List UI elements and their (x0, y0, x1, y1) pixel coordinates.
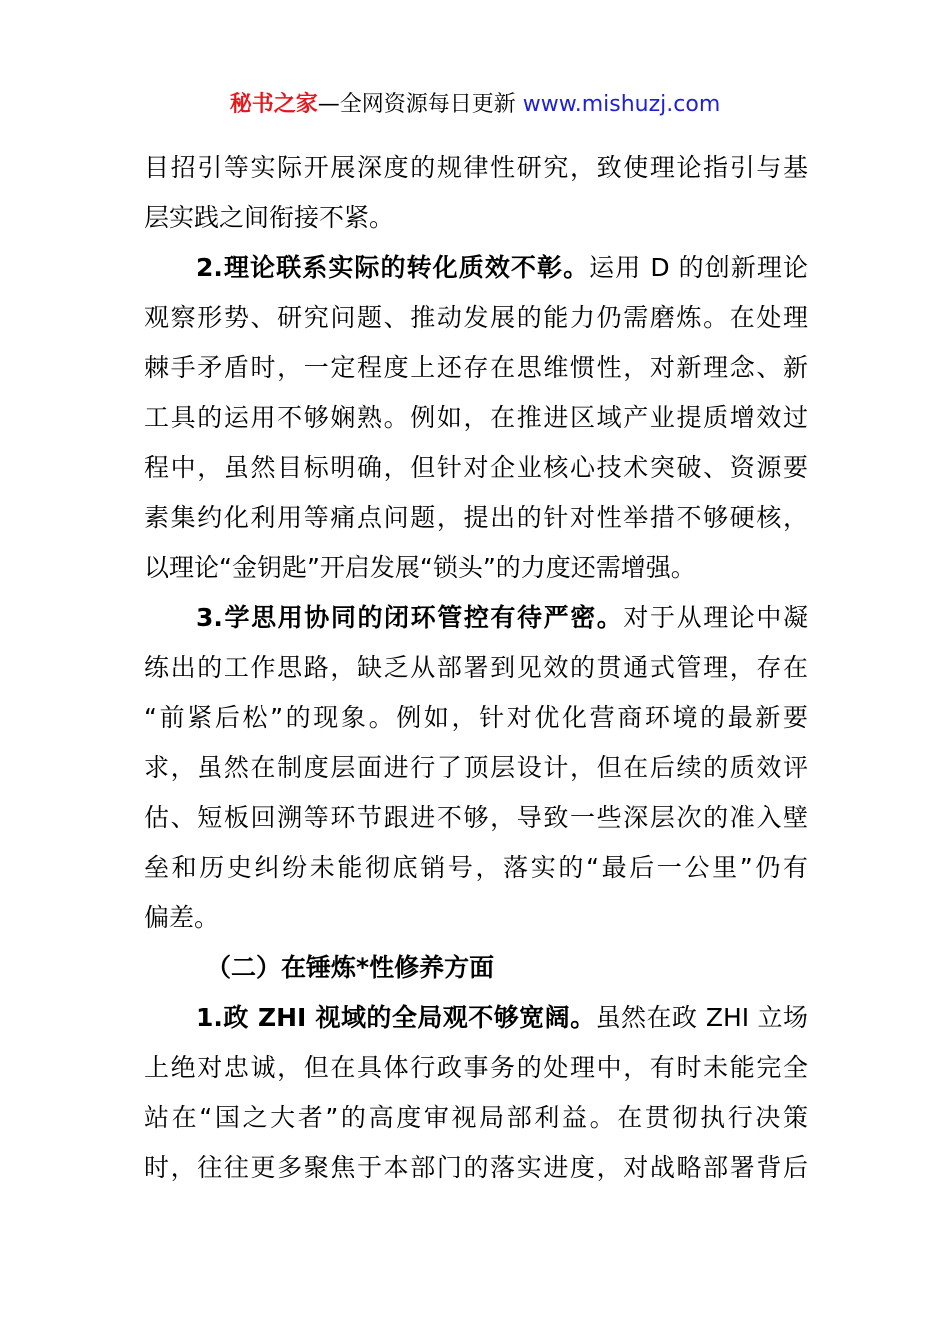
item-heading-line: 1.政 ZHI 视域的全局观不够宽阔。虽然在政 ZHI 立场 (144, 993, 808, 1043)
paragraph-line: 求，虽然在制度层面进行了顶层设计，但在后续的质效评 (144, 743, 808, 793)
paragraph-line: 垒和历史纠纷未能彻底销号，落实的“最后一公里”仍有 (144, 843, 808, 893)
paragraph-line: 观察形势、研究问题、推动发展的能力仍需磨炼。在处理 (144, 293, 808, 343)
item-heading: 2.理论联系实际的转化质效不彰。 (196, 253, 589, 282)
paragraph-line: 估、短板回溯等环节跟进不够，导致一些深层次的准入壁 (144, 793, 808, 843)
paragraph-line: 偏差。 (144, 893, 808, 943)
header-tagline: —全网资源每日更新 (318, 92, 523, 117)
item-heading: 1.政 ZHI 视域的全局观不够宽阔。 (196, 1003, 596, 1032)
paragraph-line: 上绝对忠诚，但在具体行政事务的处理中，有时未能完全 (144, 1043, 808, 1093)
paragraph-line: “前紧后松”的现象。例如，针对优化营商环境的最新要 (144, 693, 808, 743)
paragraph-line: 练出的工作思路，缺乏从部署到见效的贯通式管理，存在 (144, 643, 808, 693)
paragraph-line: 层实践之间衔接不紧。 (144, 193, 808, 243)
site-header: 秘书之家—全网资源每日更新 www.mishuzj.com (0, 88, 950, 122)
section-heading: （二）在锤炼*性修养方面 (206, 953, 494, 982)
paragraph-line: 时，往往更多聚焦于本部门的落实进度，对战略部署背后 (144, 1143, 808, 1193)
paragraph-line: 工具的运用不够娴熟。例如，在推进区域产业提质增效过 (144, 393, 808, 443)
site-url-link[interactable]: www.mishuzj.com (523, 92, 720, 117)
document-body: 目招引等实际开展深度的规律性研究，致使理论指引与基 层实践之间衔接不紧。 2.理… (144, 143, 808, 1193)
paragraph-line: 站在“国之大者”的高度审视局部利益。在贯彻执行决策 (144, 1093, 808, 1143)
paragraph-line: 以理论“金钥匙”开启发展“锁头”的力度还需增强。 (144, 543, 808, 593)
item-heading-line: 3.学思用协同的闭环管控有待严密。对于从理论中凝 (144, 593, 808, 643)
brand-name: 秘书之家 (230, 92, 318, 117)
paragraph-line: 棘手矛盾时，一定程度上还存在思维惯性，对新理念、新 (144, 343, 808, 393)
paragraph-line: 程中，虽然目标明确，但针对企业核心技术突破、资源要 (144, 443, 808, 493)
paragraph-line: 目招引等实际开展深度的规律性研究，致使理论指引与基 (144, 143, 808, 193)
section-heading-line: （二）在锤炼*性修养方面 (144, 943, 808, 993)
paragraph-line: 素集约化利用等痛点问题，提出的针对性举措不够硬核， (144, 493, 808, 543)
item-heading: 3.学思用协同的闭环管控有待严密。 (196, 603, 623, 632)
item-heading-line: 2.理论联系实际的转化质效不彰。运用 D 的创新理论 (144, 243, 808, 293)
